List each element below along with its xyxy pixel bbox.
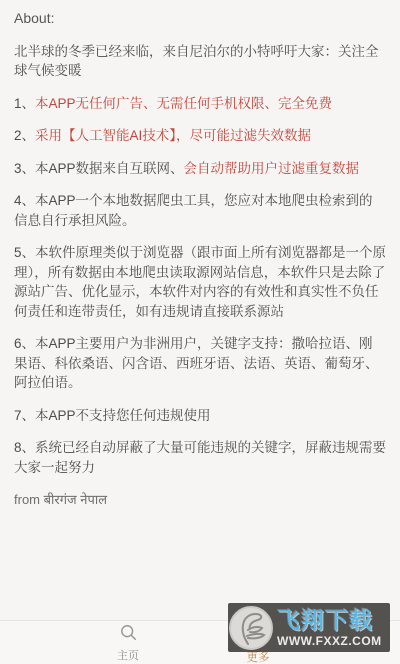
about-item-text: 采用【人工智能AI技术】，尽可能过滤失效数据 (35, 128, 311, 143)
about-content: About: 北半球的冬季已经来临，来自尼泊尔的小特呼吁大家：关注全球气候变暖 … (0, 0, 400, 510)
about-item: 4、本APP一个本地数据爬虫工具，您应对本地爬虫检索到的信息自行承担风险。 (14, 191, 386, 230)
about-list: 1、本APP无任何广告、无需任何手机权限、完全免费2、采用【人工智能AI技术】，… (14, 94, 386, 478)
about-item-number: 4、 (14, 193, 35, 208)
about-item: 5、本软件原理类似于浏览器（跟市面上所有浏览器都是一个原理），所有数据由本地爬虫… (14, 243, 386, 321)
page-title: About: (14, 9, 386, 29)
watermark-text: 飞翔下载 WWW.FXXZ.COM (277, 609, 382, 647)
about-intro: 北半球的冬季已经来临，来自尼泊尔的小特呼吁大家：关注全球气候变暖 (14, 42, 386, 81)
about-item-number: 1、 (14, 96, 35, 111)
about-item-text: 本APP不支持您任何违规使用 (35, 408, 211, 423)
watermark: 飞翔下载 WWW.FXXZ.COM (228, 603, 390, 652)
about-item-text: 系统已经自动屏蔽了大量可能违规的关键字，屏蔽违规需要大家一起努力 (14, 440, 386, 475)
about-item: 3、本APP数据来自互联网、会自动帮助用户过滤重复数据 (14, 159, 386, 179)
search-icon (120, 624, 137, 646)
about-item-number: 7、 (14, 408, 35, 423)
nav-home-label: 主页 (96, 647, 160, 663)
about-item-number: 6、 (14, 336, 35, 351)
about-item-number: 8、 (14, 440, 35, 455)
app-screen: About: 北半球的冬季已经来临，来自尼泊尔的小特呼吁大家：关注全球气候变暖 … (0, 0, 400, 664)
from-line: from बीरगंज नेपाल (14, 490, 386, 510)
about-item-text: 本APP数据来自互联网、 (35, 161, 184, 176)
about-item-text: 本APP无任何广告、无需任何手机权限、完全免费 (35, 96, 332, 111)
nav-more-label: 更多 (247, 652, 270, 664)
about-item-number: 2、 (14, 128, 35, 143)
about-item-text: 本软件原理类似于浏览器（跟市面上所有浏览器都是一个原理），所有数据由本地爬虫读取… (14, 245, 386, 319)
watermark-title: 飞翔下载 (277, 609, 382, 632)
about-item-text: 本APP一个本地数据爬虫工具，您应对本地爬虫检索到的信息自行承担风险。 (14, 193, 373, 228)
about-item: 1、本APP无任何广告、无需任何手机权限、完全免费 (14, 94, 386, 114)
watermark-url: WWW.FXXZ.COM (277, 635, 382, 647)
about-item-text: 会自动帮助用户过滤重复数据 (184, 161, 360, 176)
about-item: 2、采用【人工智能AI技术】，尽可能过滤失效数据 (14, 126, 386, 146)
about-item: 7、本APP不支持您任何违规使用 (14, 406, 386, 426)
about-item: 8、系统已经自动屏蔽了大量可能违规的关键字，屏蔽违规需要大家一起努力 (14, 438, 386, 477)
nav-item-home[interactable]: 主页 (96, 624, 160, 663)
about-item-number: 3、 (14, 161, 35, 176)
about-item: 6、本APP主要用户为非洲用户，关键字支持：撒哈拉语、刚果语、科依桑语、闪含语、… (14, 334, 386, 393)
about-item-text: 本APP主要用户为非洲用户，关键字支持：撒哈拉语、刚果语、科依桑语、闪含语、西班… (14, 336, 379, 390)
fxxz-logo-icon (229, 606, 273, 650)
about-item-number: 5、 (14, 245, 35, 260)
